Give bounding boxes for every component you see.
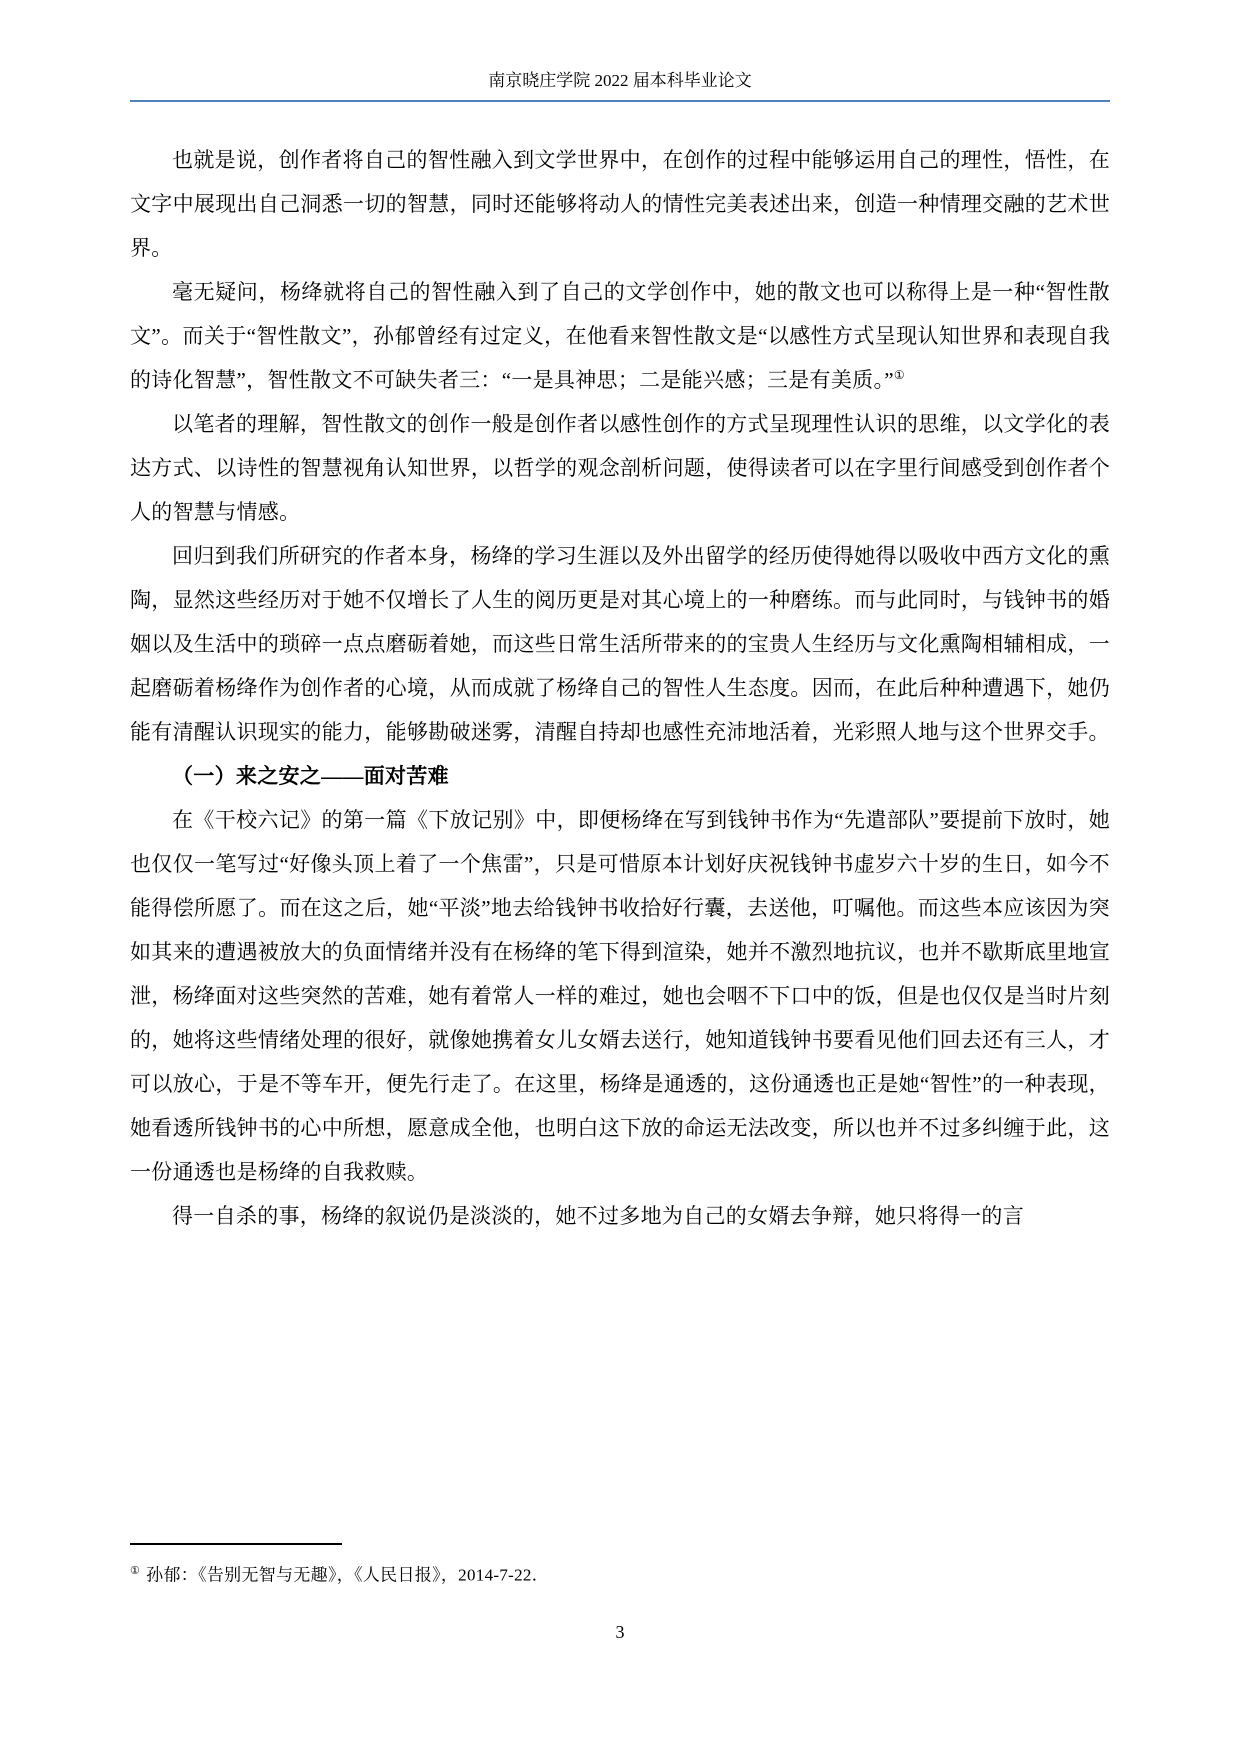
footnote-marker: ① [130, 1565, 140, 1577]
paragraph-text: 得一自杀的事，杨绛的叙说仍是淡淡的，她不过多地为自己的女婿去争辩，她只将得一的言 [172, 1204, 1024, 1228]
header-rule [130, 100, 1110, 102]
paragraph-text: 也就是说，创作者将自己的智性融入到文学世界中，在创作的过程中能够运用自己的理性，… [130, 148, 1110, 260]
document-page: 南京晓庄学院 2022 届本科毕业论文 也就是说，创作者将自己的智性融入到文学世… [0, 0, 1240, 1754]
paragraph-text: 以笔者的理解，智性散文的创作一般是创作者以感性创作的方式呈现理性认识的思维，以文… [130, 412, 1110, 524]
paragraph: 以笔者的理解，智性散文的创作一般是创作者以感性创作的方式呈现理性认识的思维，以文… [130, 402, 1110, 534]
page-number: 3 [0, 1622, 1240, 1643]
paragraph-text: 回归到我们所研究的作者本身，杨绛的学习生涯以及外出留学的经历使得她得以吸收中西方… [130, 544, 1110, 744]
section-heading: （一）来之安之——面对苦难 [130, 754, 1110, 798]
footnote: ①孙郁：《告别无智与无趣》，《人民日报》，2014-7-22． [130, 1559, 1110, 1588]
running-head-title: 南京晓庄学院 2022 届本科毕业论文 [130, 70, 1110, 92]
footnote-text: 孙郁：《告别无智与无趣》，《人民日报》，2014-7-22． [146, 1566, 549, 1585]
paragraph: 在《干校六记》的第一篇《下放记别》中，即便杨绛在写到钱钟书作为“先遣部队”要提前… [130, 798, 1110, 1194]
document-body: 也就是说，创作者将自己的智性融入到文学世界中，在创作的过程中能够运用自己的理性，… [130, 138, 1110, 1238]
paragraph: 也就是说，创作者将自己的智性融入到文学世界中，在创作的过程中能够运用自己的理性，… [130, 138, 1110, 270]
footnote-area: ①孙郁：《告别无智与无趣》，《人民日报》，2014-7-22． [130, 1543, 1110, 1588]
paragraph-text: 在《干校六记》的第一篇《下放记别》中，即便杨绛在写到钱钟书作为“先遣部队”要提前… [130, 808, 1110, 1184]
paragraph-text: 毫无疑问，杨绛就将自己的智性融入到了自己的文学创作中，她的散文也可以称得上是一种… [130, 280, 1110, 392]
footnote-separator [130, 1543, 342, 1545]
paragraph: 毫无疑问，杨绛就将自己的智性融入到了自己的文学创作中，她的散文也可以称得上是一种… [130, 270, 1110, 402]
paragraph: 得一自杀的事，杨绛的叙说仍是淡淡的，她不过多地为自己的女婿去争辩，她只将得一的言 [130, 1194, 1110, 1238]
paragraph: 回归到我们所研究的作者本身，杨绛的学习生涯以及外出留学的经历使得她得以吸收中西方… [130, 534, 1110, 754]
footnote-reference: ① [894, 368, 905, 382]
page-header: 南京晓庄学院 2022 届本科毕业论文 [130, 0, 1110, 92]
